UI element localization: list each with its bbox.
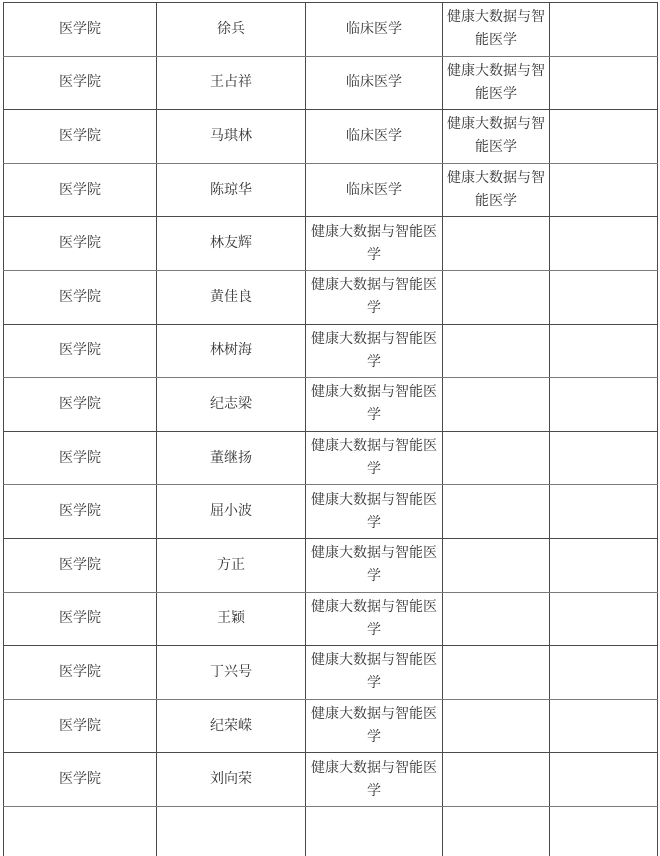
major1-cell: 健康大数据与智能医学 <box>306 485 443 539</box>
name-cell: 董继扬 <box>157 431 306 485</box>
roster-table-container: 医学院 徐兵 临床医学 健康大数据与智能医学 医学院 王占祥 临床医学 健康大数… <box>3 2 658 856</box>
table-row: 医学院 徐兵 临床医学 健康大数据与智能医学 <box>4 3 658 57</box>
major2-cell <box>443 592 550 646</box>
extra-cell <box>550 110 658 164</box>
name-cell: 林树海 <box>157 324 306 378</box>
major1-text: 健康大数据与智能医学 <box>310 435 438 481</box>
major1-text: 临床医学 <box>346 71 402 94</box>
college-cell: 医学院 <box>4 753 157 807</box>
college-text: 医学院 <box>59 286 101 309</box>
extra-cell <box>550 217 658 271</box>
table-row: 医学院 董继扬 健康大数据与智能医学 <box>4 431 658 485</box>
name-text: 林树海 <box>210 339 252 362</box>
major2-text: 健康大数据与智能医学 <box>447 113 545 159</box>
major2-cell <box>443 431 550 485</box>
college-cell: 医学院 <box>4 3 157 57</box>
major1-text: 健康大数据与智能医学 <box>310 649 438 695</box>
cell <box>550 806 658 856</box>
major1-cell: 临床医学 <box>306 56 443 110</box>
name-text: 马琪林 <box>210 125 252 148</box>
major2-text: 健康大数据与智能医学 <box>447 60 545 106</box>
name-cell: 林友辉 <box>157 217 306 271</box>
name-cell: 纪荣嵘 <box>157 699 306 753</box>
college-cell: 医学院 <box>4 324 157 378</box>
major2-text: 健康大数据与智能医学 <box>447 167 545 213</box>
major2-cell: 健康大数据与智能医学 <box>443 110 550 164</box>
major1-text: 健康大数据与智能医学 <box>310 221 438 267</box>
major1-text: 临床医学 <box>346 125 402 148</box>
major2-cell <box>443 378 550 432</box>
major1-cell: 健康大数据与智能医学 <box>306 324 443 378</box>
name-text: 纪荣嵘 <box>210 715 252 738</box>
major2-cell <box>443 753 550 807</box>
table-row: 医学院 纪荣嵘 健康大数据与智能医学 <box>4 699 658 753</box>
table-row: 医学院 黄佳良 健康大数据与智能医学 <box>4 270 658 324</box>
extra-cell <box>550 56 658 110</box>
college-cell: 医学院 <box>4 646 157 700</box>
major2-cell <box>443 270 550 324</box>
extra-cell <box>550 538 658 592</box>
name-cell: 马琪林 <box>157 110 306 164</box>
college-cell: 医学院 <box>4 163 157 217</box>
major1-text: 健康大数据与智能医学 <box>310 274 438 320</box>
major2-cell <box>443 324 550 378</box>
name-cell: 纪志梁 <box>157 378 306 432</box>
table-row: 医学院 马琪林 临床医学 健康大数据与智能医学 <box>4 110 658 164</box>
college-text: 医学院 <box>59 18 101 41</box>
college-cell: 医学院 <box>4 217 157 271</box>
name-text: 王颖 <box>217 607 245 630</box>
college-text: 医学院 <box>59 500 101 523</box>
major2-cell <box>443 538 550 592</box>
extra-cell <box>550 646 658 700</box>
cell <box>4 806 157 856</box>
table-row: 医学院 方正 健康大数据与智能医学 <box>4 538 658 592</box>
major1-cell: 健康大数据与智能医学 <box>306 270 443 324</box>
college-cell: 医学院 <box>4 270 157 324</box>
major1-cell: 临床医学 <box>306 163 443 217</box>
college-text: 医学院 <box>59 71 101 94</box>
name-text: 王占祥 <box>210 71 252 94</box>
name-cell: 方正 <box>157 538 306 592</box>
cell <box>443 806 550 856</box>
college-text: 医学院 <box>59 393 101 416</box>
major1-text: 健康大数据与智能医学 <box>310 596 438 642</box>
name-cell: 丁兴号 <box>157 646 306 700</box>
table-row: 医学院 刘向荣 健康大数据与智能医学 <box>4 753 658 807</box>
extra-cell <box>550 270 658 324</box>
extra-cell <box>550 699 658 753</box>
extra-cell <box>550 485 658 539</box>
name-cell: 刘向荣 <box>157 753 306 807</box>
college-text: 医学院 <box>59 607 101 630</box>
major1-cell: 健康大数据与智能医学 <box>306 217 443 271</box>
name-text: 屈小波 <box>210 500 252 523</box>
major1-text: 临床医学 <box>346 179 402 202</box>
name-text: 纪志梁 <box>210 393 252 416</box>
name-text: 刘向荣 <box>210 768 252 791</box>
major1-cell: 健康大数据与智能医学 <box>306 699 443 753</box>
college-cell: 医学院 <box>4 431 157 485</box>
extra-cell <box>550 431 658 485</box>
college-cell: 医学院 <box>4 592 157 646</box>
major1-cell: 健康大数据与智能医学 <box>306 378 443 432</box>
college-cell: 医学院 <box>4 485 157 539</box>
name-text: 林友辉 <box>210 232 252 255</box>
major1-text: 健康大数据与智能医学 <box>310 328 438 374</box>
name-text: 陈琼华 <box>210 179 252 202</box>
college-cell: 医学院 <box>4 110 157 164</box>
table-row: 医学院 纪志梁 健康大数据与智能医学 <box>4 378 658 432</box>
major2-cell <box>443 485 550 539</box>
major1-cell: 临床医学 <box>306 3 443 57</box>
roster-table: 医学院 徐兵 临床医学 健康大数据与智能医学 医学院 王占祥 临床医学 健康大数… <box>3 2 658 856</box>
name-text: 董继扬 <box>210 447 252 470</box>
cell <box>157 806 306 856</box>
major1-cell: 健康大数据与智能医学 <box>306 753 443 807</box>
roster-table-body: 医学院 徐兵 临床医学 健康大数据与智能医学 医学院 王占祥 临床医学 健康大数… <box>4 3 658 856</box>
college-cell: 医学院 <box>4 538 157 592</box>
college-text: 医学院 <box>59 661 101 684</box>
table-row: 医学院 王颖 健康大数据与智能医学 <box>4 592 658 646</box>
major1-text: 临床医学 <box>346 18 402 41</box>
college-text: 医学院 <box>59 768 101 791</box>
major1-cell: 健康大数据与智能医学 <box>306 592 443 646</box>
extra-cell <box>550 378 658 432</box>
major1-cell: 健康大数据与智能医学 <box>306 538 443 592</box>
college-cell: 医学院 <box>4 699 157 753</box>
table-row: 医学院 王占祥 临床医学 健康大数据与智能医学 <box>4 56 658 110</box>
college-text: 医学院 <box>59 179 101 202</box>
name-text: 徐兵 <box>217 18 245 41</box>
extra-cell <box>550 3 658 57</box>
major1-cell: 健康大数据与智能医学 <box>306 431 443 485</box>
table-row: 医学院 丁兴号 健康大数据与智能医学 <box>4 646 658 700</box>
cell <box>306 806 443 856</box>
college-text: 医学院 <box>59 447 101 470</box>
college-cell: 医学院 <box>4 56 157 110</box>
college-text: 医学院 <box>59 554 101 577</box>
name-cell: 徐兵 <box>157 3 306 57</box>
name-text: 丁兴号 <box>210 661 252 684</box>
major1-cell: 健康大数据与智能医学 <box>306 646 443 700</box>
college-text: 医学院 <box>59 232 101 255</box>
college-text: 医学院 <box>59 125 101 148</box>
table-row-partial <box>4 806 658 856</box>
name-cell: 王颖 <box>157 592 306 646</box>
major2-cell <box>443 217 550 271</box>
major1-text: 健康大数据与智能医学 <box>310 542 438 588</box>
table-row: 医学院 林友辉 健康大数据与智能医学 <box>4 217 658 271</box>
major2-cell <box>443 646 550 700</box>
major2-cell: 健康大数据与智能医学 <box>443 163 550 217</box>
extra-cell <box>550 592 658 646</box>
table-row: 医学院 林树海 健康大数据与智能医学 <box>4 324 658 378</box>
major1-text: 健康大数据与智能医学 <box>310 703 438 749</box>
name-text: 黄佳良 <box>210 286 252 309</box>
major1-text: 健康大数据与智能医学 <box>310 489 438 535</box>
name-cell: 屈小波 <box>157 485 306 539</box>
name-cell: 陈琼华 <box>157 163 306 217</box>
major1-cell: 临床医学 <box>306 110 443 164</box>
major2-cell: 健康大数据与智能医学 <box>443 56 550 110</box>
major1-text: 健康大数据与智能医学 <box>310 381 438 427</box>
college-cell: 医学院 <box>4 378 157 432</box>
name-text: 方正 <box>217 554 245 577</box>
table-row: 医学院 屈小波 健康大数据与智能医学 <box>4 485 658 539</box>
major2-cell <box>443 699 550 753</box>
extra-cell <box>550 324 658 378</box>
table-row: 医学院 陈琼华 临床医学 健康大数据与智能医学 <box>4 163 658 217</box>
major2-cell: 健康大数据与智能医学 <box>443 3 550 57</box>
name-cell: 王占祥 <box>157 56 306 110</box>
name-cell: 黄佳良 <box>157 270 306 324</box>
college-text: 医学院 <box>59 339 101 362</box>
major1-text: 健康大数据与智能医学 <box>310 757 438 803</box>
extra-cell <box>550 163 658 217</box>
major2-text: 健康大数据与智能医学 <box>447 6 545 52</box>
college-text: 医学院 <box>59 715 101 738</box>
extra-cell <box>550 753 658 807</box>
